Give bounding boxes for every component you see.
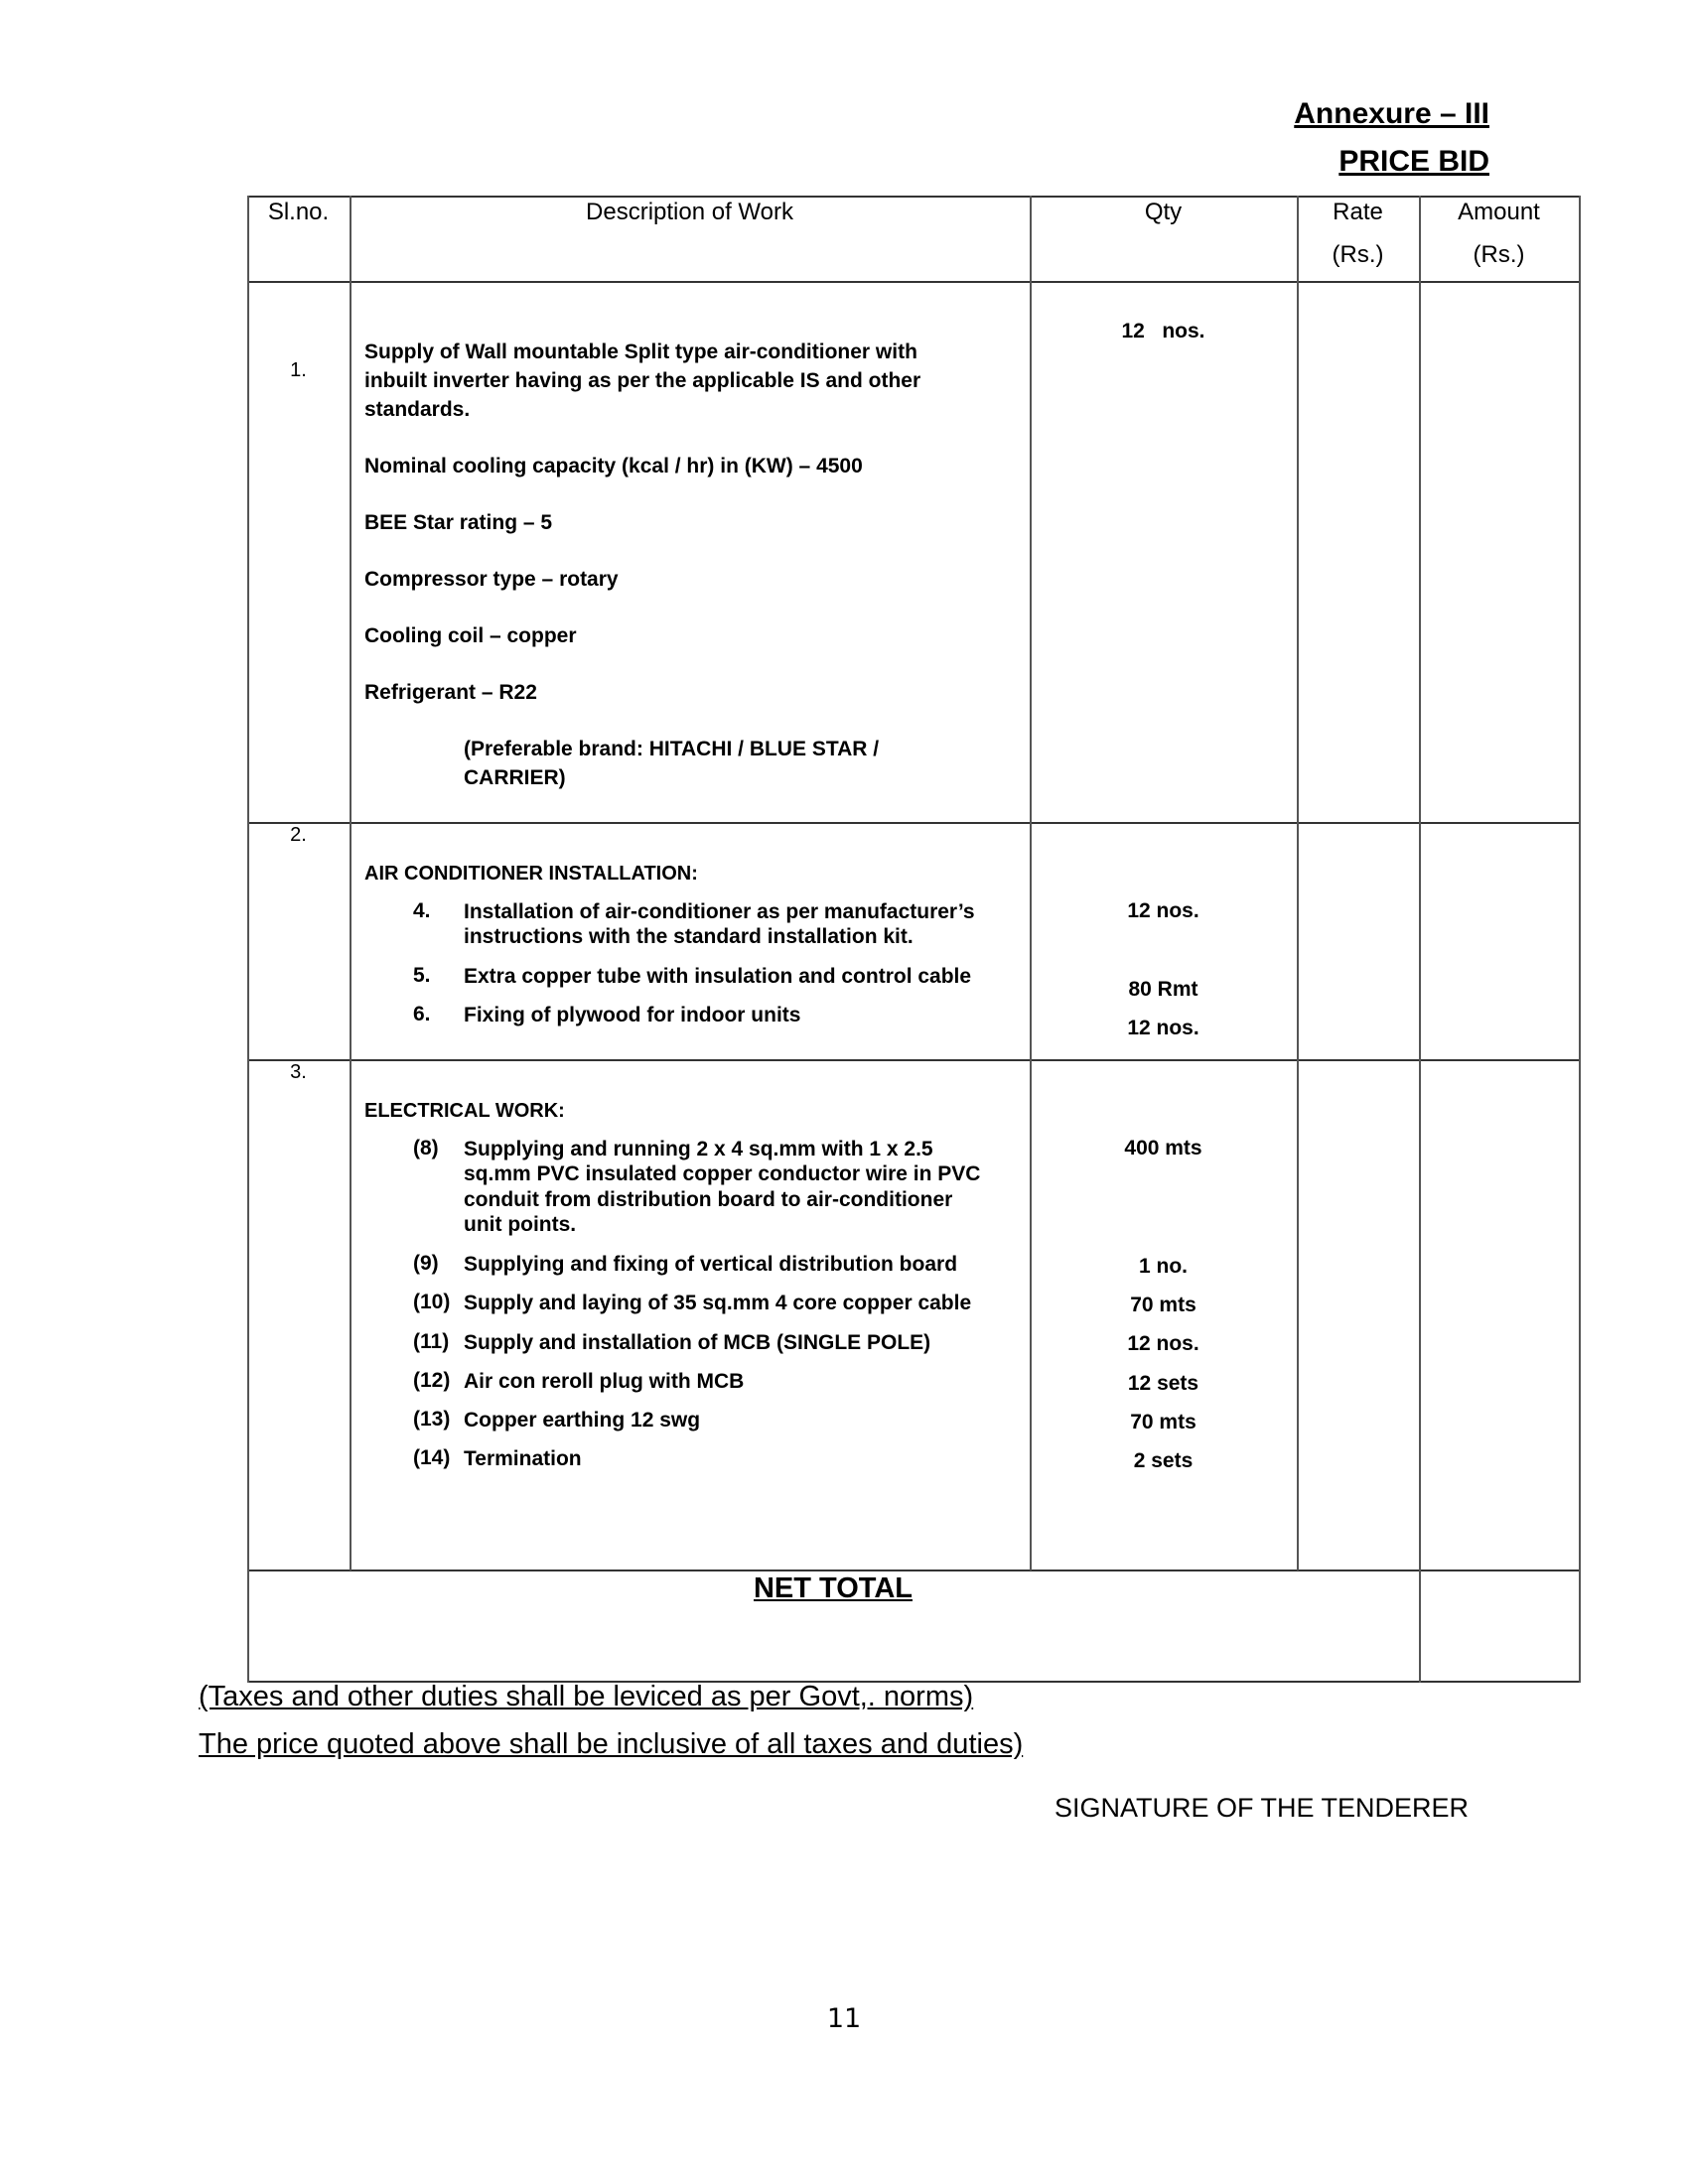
row-3-sl-no: 3. [247,1061,350,1084]
signature-label: SIGNATURE OF THE TENDERER [1055,1793,1469,1824]
spec-cooling-coil: Cooling coil – copper [364,621,577,650]
item-qty: 12 sets [1030,1372,1297,1396]
item-line: Termination [464,1446,582,1471]
spec-compressor: Compressor type – rotary [364,565,619,594]
item-number: (12) [413,1369,450,1393]
header-sl-no: Sl.no. [247,191,350,233]
item-number: (9) [413,1252,439,1276]
item-number: (10) [413,1291,450,1314]
net-total-label: NET TOTAL [247,1572,1419,1605]
item-line: Copper earthing 12 swg [464,1408,700,1433]
row-1-description-line: standards. [364,395,470,424]
annexure-heading: Annexure – III [1294,97,1489,131]
installation-heading: AIR CONDITIONER INSTALLATION: [364,860,698,888]
header-amount: Amount [1419,191,1579,233]
item-qty: 80 Rmt [1030,978,1297,1002]
header-rate: Rate [1297,191,1419,233]
item-line: Supply and installation of MCB (SINGLE P… [464,1330,930,1355]
item-line: Supplying and fixing of vertical distrib… [464,1252,957,1277]
item-qty: 1 no. [1030,1255,1297,1279]
header-rate-unit: (Rs.) [1297,233,1419,276]
electrical-heading: ELECTRICAL WORK: [364,1097,565,1126]
item-qty: 70 mts [1030,1411,1297,1434]
header-description: Description of Work [350,191,1030,233]
item-line: Supplying and running 2 x 4 sq.mm with 1… [464,1137,933,1162]
item-qty: 12 nos. [1030,899,1297,923]
spec-refrigerant: Refrigerant – R22 [364,678,537,707]
row-1-description-line: inbuilt inverter having as per the appli… [364,366,920,395]
row-2-sl-no: 2. [247,824,350,847]
spec-star-rating: BEE Star rating – 5 [364,508,552,537]
item-line: sq.mm PVC insulated copper conductor wir… [464,1161,980,1187]
page-title: PRICE BID [1338,145,1489,179]
price-bid-table [0,0,1688,2184]
item-qty: 70 mts [1030,1294,1297,1317]
item-number: (14) [413,1446,450,1470]
item-line: Fixing of plywood for indoor units [464,1003,800,1027]
header-amount-unit: (Rs.) [1419,233,1579,276]
header-qty: Qty [1030,191,1297,233]
item-number: 4. [413,899,431,923]
net-total-amount-cell [1421,1571,1579,1681]
item-number: (11) [413,1330,449,1354]
item-line: instructions with the standard installat… [464,924,914,949]
item-qty: 12 nos. [1030,1332,1297,1356]
preferred-brand: (Preferable brand: HITACHI / BLUE STAR / [464,735,879,763]
row-1-sl-no: 1. [247,359,350,382]
item-number: (8) [413,1137,439,1160]
spec-cooling-capacity: Nominal cooling capacity (kcal / hr) in … [364,452,863,480]
row-1-description-line: Supply of Wall mountable Split type air-… [364,338,917,366]
item-qty: 2 sets [1030,1449,1297,1473]
item-qty: 400 mts [1030,1137,1297,1160]
item-line: Air con reroll plug with MCB [464,1369,744,1394]
preferred-brand: CARRIER) [464,763,566,792]
item-line: Extra copper tube with insulation and co… [464,964,971,989]
item-line: Installation of air-conditioner as per m… [464,899,975,924]
page-number: 11 [0,2003,1688,2034]
taxes-note: (Taxes and other duties shall be leviced… [199,1681,973,1713]
item-number: 6. [413,1003,431,1026]
item-line: Supply and laying of 35 sq.mm 4 core cop… [464,1291,971,1315]
item-line: unit points. [464,1212,576,1238]
item-number: 5. [413,964,431,988]
row-1-qty: 12 nos. [1030,320,1297,343]
price-inclusive-note: The price quoted above shall be inclusiv… [199,1728,1023,1761]
item-line: conduit from distribution board to air-c… [464,1187,952,1213]
item-qty: 12 nos. [1030,1017,1297,1040]
item-number: (13) [413,1408,450,1432]
